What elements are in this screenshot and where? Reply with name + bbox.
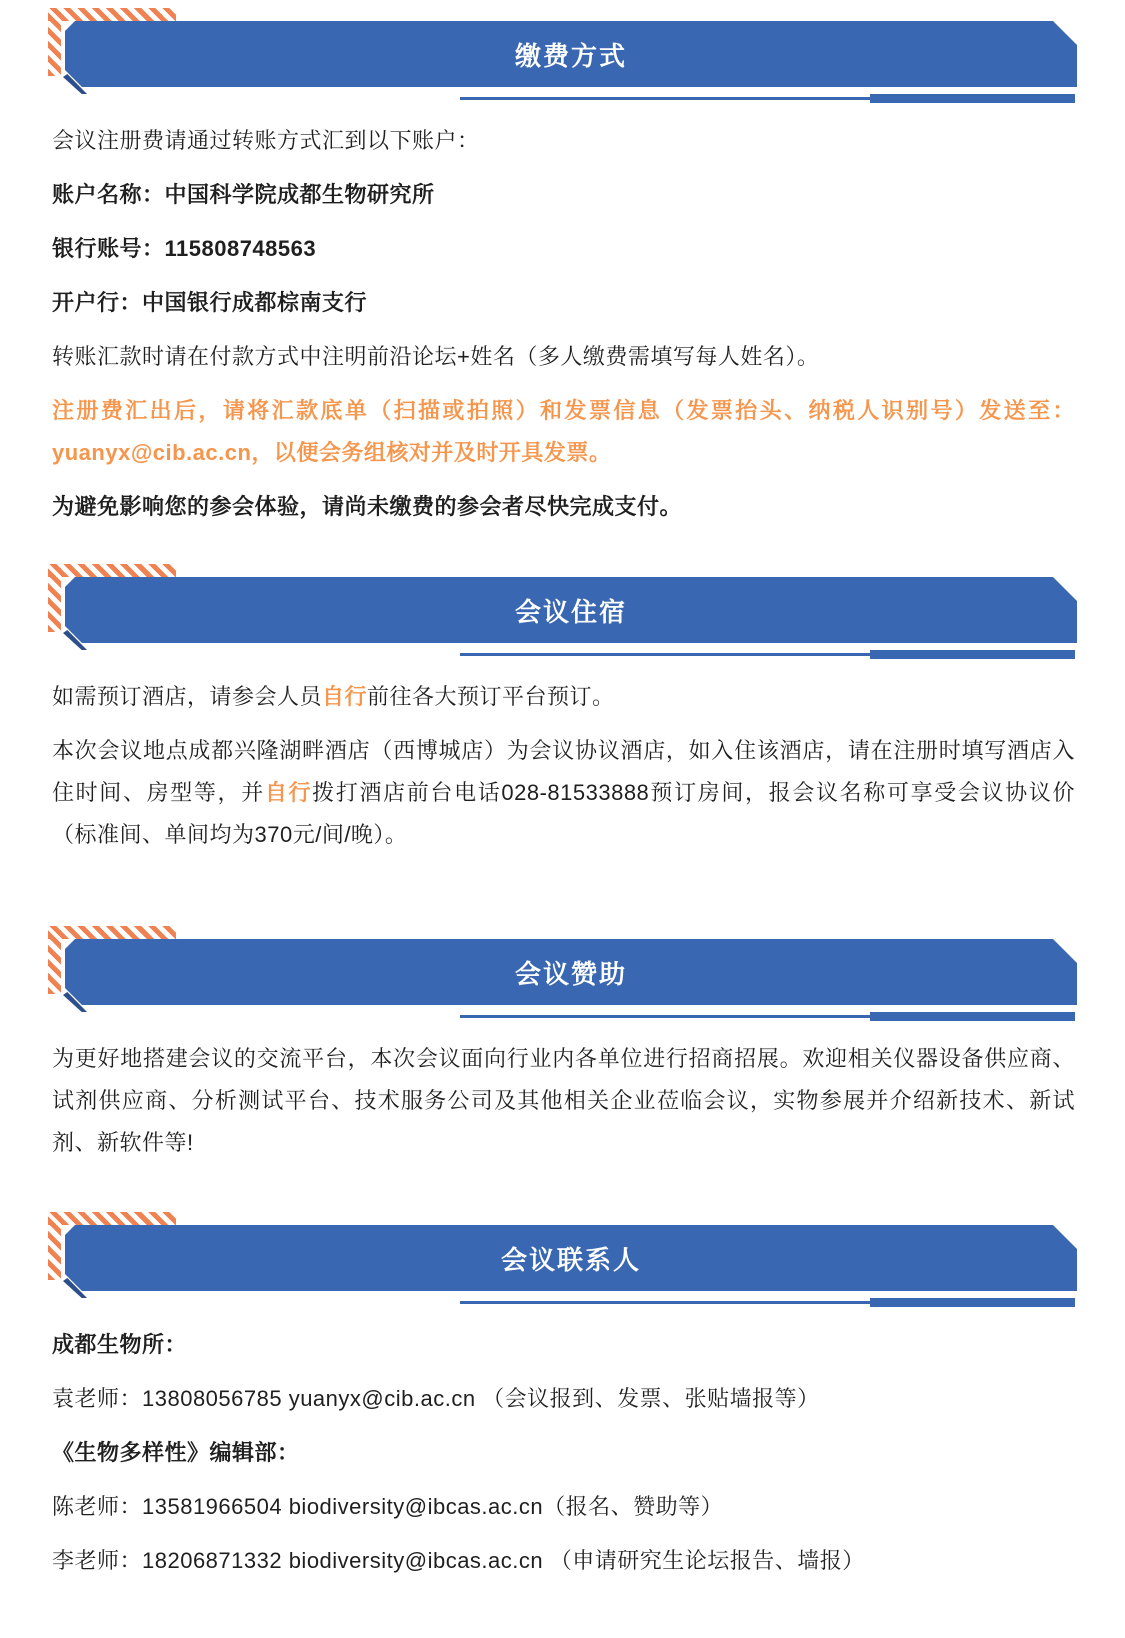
section-payment: 缴费方式 会议注册费请通过转账方式汇到以下账户： 账户名称：中国科学院成都生物研… [52, 8, 1075, 528]
contact-li: 李老师：18206871332 biodiversity@ibcas.ac.cn… [52, 1540, 1075, 1582]
paragraph-bank-account: 银行账号：115808748563 [52, 228, 1075, 270]
hazard-stripes-icon [48, 12, 61, 76]
paragraph-hotel-detail: 本次会议地点成都兴隆湖畔酒店（西博城店）为会议协议酒店，如入住该酒店，请在注册时… [52, 730, 1075, 856]
contact-group-cib: 成都生物所： [52, 1324, 1075, 1366]
text-segment-highlight: 自行 [322, 684, 367, 709]
section-accommodation: 会议住宿 如需预订酒店，请参会人员自行前往各大预订平台预订。 本次会议地点成都兴… [52, 564, 1075, 856]
hazard-stripes-icon [48, 568, 61, 632]
banner-underline [460, 1015, 1075, 1018]
section-banner: 会议住宿 [48, 564, 1077, 660]
contact-chen: 陈老师：13581966504 biodiversity@ibcas.ac.cn… [52, 1486, 1075, 1528]
section-title: 会议联系人 [501, 1240, 641, 1277]
paragraph-invoice-notice: 注册费汇出后，请将汇款底单（扫描或拍照）和发票信息（发票抬头、纳税人识别号）发送… [52, 390, 1075, 474]
section-title: 会议赞助 [515, 954, 627, 991]
section-sponsorship-body: 为更好地搭建会议的交流平台，本次会议面向行业内各单位进行招商招展。欢迎相关仪器设… [52, 1038, 1075, 1164]
banner-sponsorship: 会议赞助 [65, 939, 1077, 1005]
section-title: 会议住宿 [515, 592, 627, 629]
banner-accommodation: 会议住宿 [65, 577, 1077, 643]
section-banner: 会议联系人 [48, 1212, 1077, 1308]
section-title: 缴费方式 [515, 36, 627, 73]
banner-underline [460, 653, 1075, 656]
section-payment-body: 会议注册费请通过转账方式汇到以下账户： 账户名称：中国科学院成都生物研究所 银行… [52, 120, 1075, 528]
section-contacts-body: 成都生物所： 袁老师：13808056785 yuanyx@cib.ac.cn … [52, 1324, 1075, 1582]
text-segment: 如需预订酒店，请参会人员 [52, 684, 322, 709]
section-banner: 缴费方式 [48, 8, 1077, 104]
banner-underline [460, 97, 1075, 100]
conference-notice-article: 缴费方式 会议注册费请通过转账方式汇到以下账户： 账户名称：中国科学院成都生物研… [0, 8, 1125, 1582]
hazard-stripes-icon [48, 564, 176, 577]
hazard-stripes-icon [48, 1212, 176, 1225]
section-contacts: 会议联系人 成都生物所： 袁老师：13808056785 yuanyx@cib.… [52, 1212, 1075, 1582]
section-banner: 会议赞助 [48, 926, 1077, 1022]
banner-contacts: 会议联系人 [65, 1225, 1077, 1291]
paragraph-account-name: 账户名称：中国科学院成都生物研究所 [52, 174, 1075, 216]
contact-group-biodiversity: 《生物多样性》编辑部： [52, 1432, 1075, 1474]
section-sponsorship: 会议赞助 为更好地搭建会议的交流平台，本次会议面向行业内各单位进行招商招展。欢迎… [52, 926, 1075, 1164]
text-segment: 前往各大预订平台预订。 [367, 684, 615, 709]
paragraph-sponsorship: 为更好地搭建会议的交流平台，本次会议面向行业内各单位进行招商招展。欢迎相关仪器设… [52, 1038, 1075, 1164]
paragraph-transfer-note: 转账汇款时请在付款方式中注明前沿论坛+姓名（多人缴费需填写每人姓名）。 [52, 336, 1075, 378]
banner-payment: 缴费方式 [65, 21, 1077, 87]
paragraph-transfer-intro: 会议注册费请通过转账方式汇到以下账户： [52, 120, 1075, 162]
paragraph-hotel-self-booking: 如需预订酒店，请参会人员自行前往各大预订平台预订。 [52, 676, 1075, 718]
hazard-stripes-icon [48, 1216, 61, 1280]
section-accommodation-body: 如需预订酒店，请参会人员自行前往各大预订平台预订。 本次会议地点成都兴隆湖畔酒店… [52, 676, 1075, 856]
hazard-stripes-icon [48, 926, 176, 939]
banner-underline [460, 1301, 1075, 1304]
contact-yuan: 袁老师：13808056785 yuanyx@cib.ac.cn （会议报到、发… [52, 1378, 1075, 1420]
paragraph-pay-reminder: 为避免影响您的参会体验，请尚未缴费的参会者尽快完成支付。 [52, 486, 1075, 528]
hazard-stripes-icon [48, 8, 176, 21]
text-segment-highlight: 自行 [265, 780, 312, 805]
paragraph-bank-branch: 开户行：中国银行成都棕南支行 [52, 282, 1075, 324]
hazard-stripes-icon [48, 930, 61, 994]
